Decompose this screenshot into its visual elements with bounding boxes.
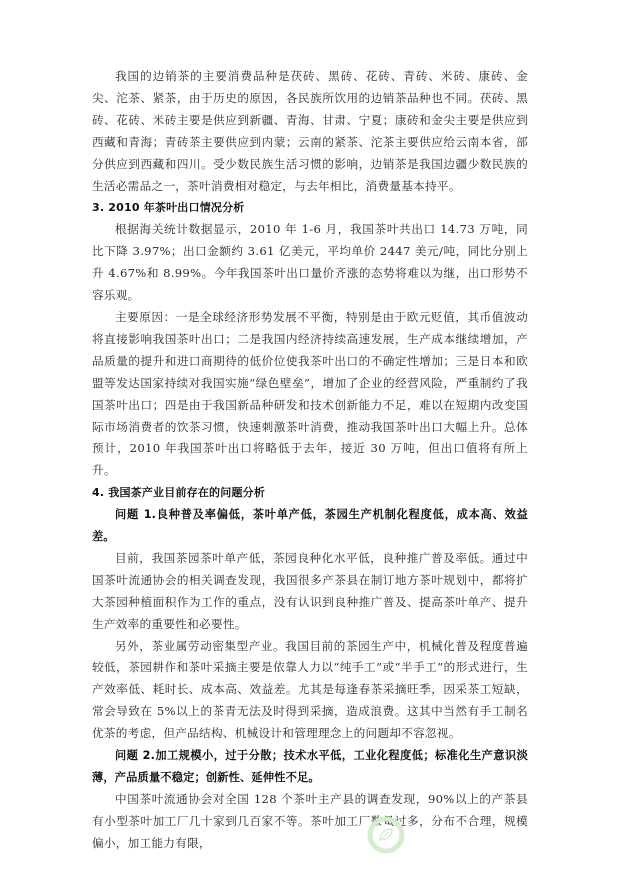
problem-1-title: 问题 1.良种普及率偏低，茶叶单产低，茶园生产机制化程度低，成本高、效益差。 [92,504,528,548]
paragraph-problem-1-yield: 目前，我国茶园茶叶单产低，茶园良种化水平低，良种推广普及率低。通过中国茶叶流通协… [92,548,528,636]
section-4-heading: 4. 我国茶产业目前存在的问题分析 [92,482,528,504]
section-3-heading: 3. 2010 年茶叶出口情况分析 [92,197,528,219]
paragraph-export-statistics: 根据海关统计数据显示，2010 年 1-6 月，我国茶叶共出口 14.73 万吨… [92,219,528,307]
paragraph-export-reasons: 主要原因：一是全球经济形势发展不平衡，特别是由于欧元贬值，其币值波动将直接影响我… [92,307,528,482]
problem-2-title: 问题 2.加工规模小，过于分散；技术水平低，工业化程度低；标准化生产意识淡薄，产… [92,745,528,789]
paragraph-border-tea-varieties: 我国的边销茶的主要消费品种是茯砖、黑砖、花砖、青砖、米砖、康砖、金尖、沱茶、紧茶… [92,66,528,197]
paragraph-problem-2-processing: 中国茶叶流通协会对全国 128 个茶叶主产县的调查发现，90%以上的产茶县有小型… [92,789,528,855]
paragraph-problem-1-labor: 另外，茶业属劳动密集型产业。我国目前的茶园生产中，机械化普及程度普遍较低，茶园耕… [92,636,528,746]
document-page: 我国的边销茶的主要消费品种是茯砖、黑砖、花砖、青砖、米砖、康砖、金尖、沱茶、紧茶… [92,66,528,855]
leaf-circle-logo-icon [366,815,406,855]
